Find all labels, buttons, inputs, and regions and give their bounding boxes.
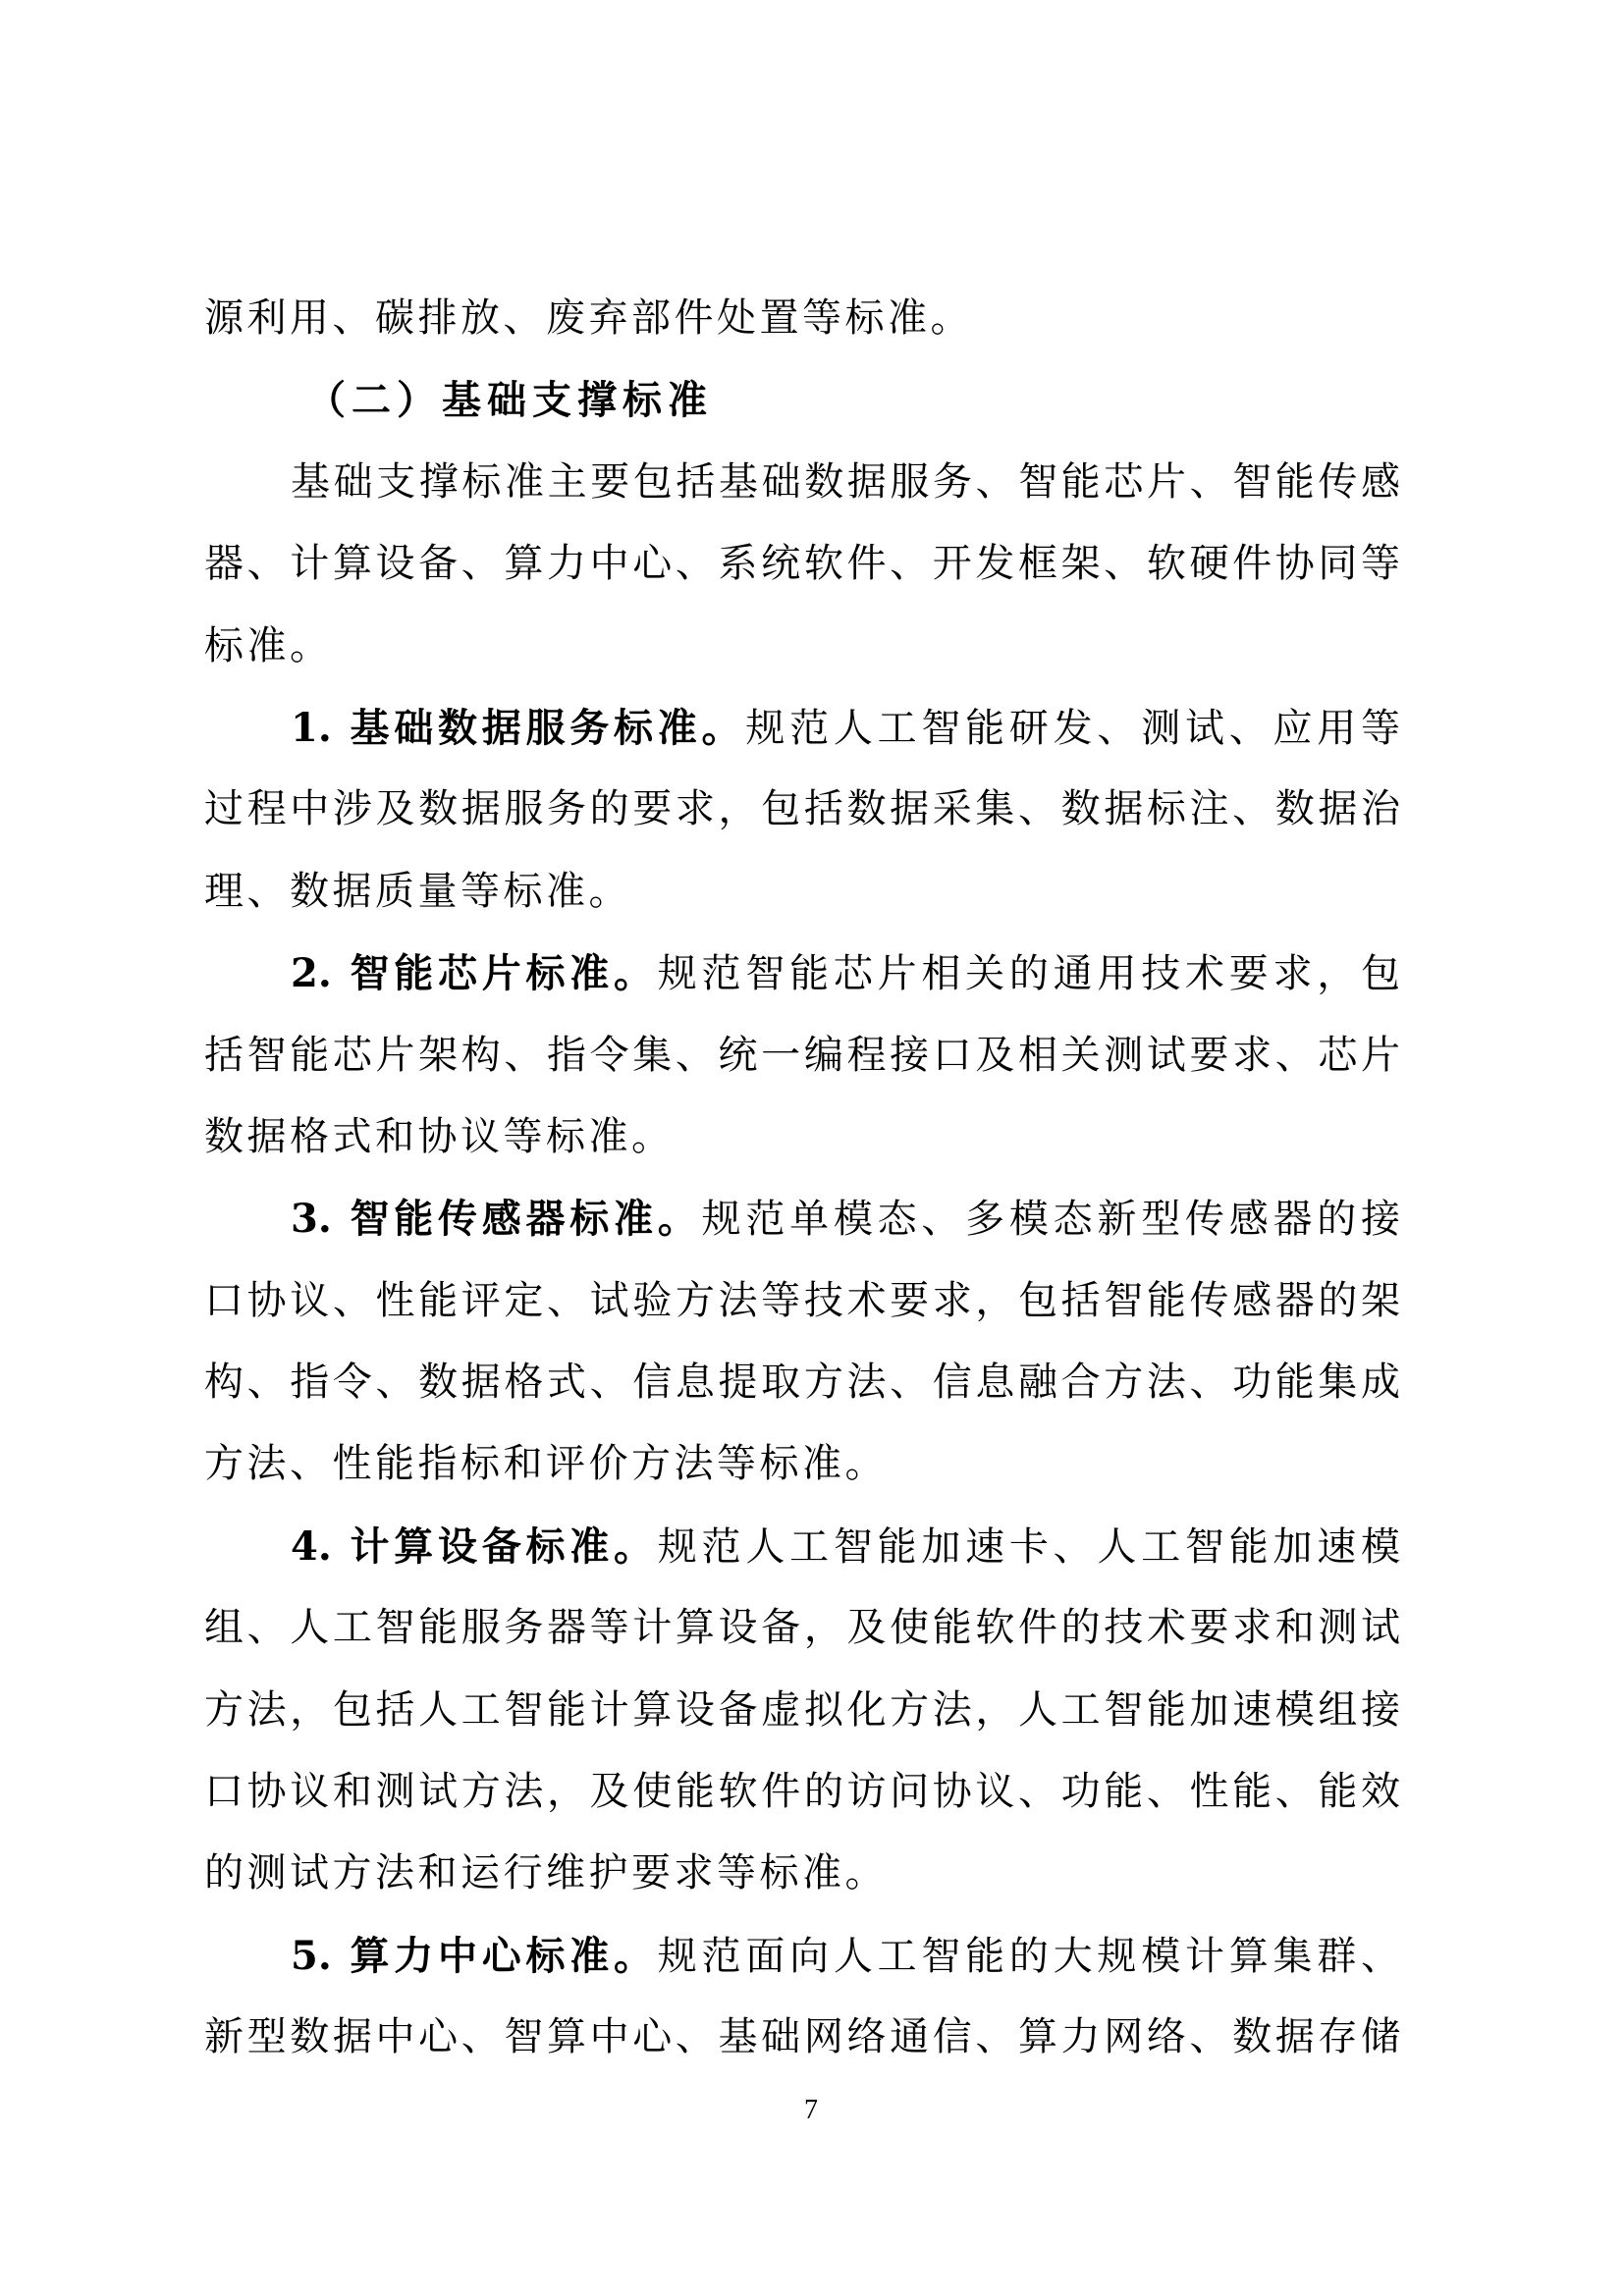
document-page: 源利用、碳排放、废弃部件处置等标准。 （二）基础支撑标准 基础支撑标准主要包括基… xyxy=(0,0,1624,2296)
item-3-line: 口协议、性能评定、试验方法等技术要求，包括智能传感器的架 xyxy=(204,1260,1400,1342)
section-heading: （二）基础支撑标准 xyxy=(204,359,1400,441)
intro-paragraph-line: 器、计算设备、算力中心、系统软件、开发框架、软硬件协同等 xyxy=(204,523,1400,605)
item-4-line: 口协议和测试方法，及使能软件的访问协议、功能、性能、能效 xyxy=(204,1751,1400,1833)
item-1-line: 过程中涉及数据服务的要求，包括数据采集、数据标注、数据治 xyxy=(204,769,1400,850)
intro-paragraph-line: 标准。 xyxy=(204,606,1400,687)
item-3-line: 方法、性能指标和评价方法等标准。 xyxy=(204,1423,1400,1505)
intro-paragraph-line: 基础支撑标准主要包括基础数据服务、智能芯片、智能传感 xyxy=(204,442,1400,523)
item-4-text: 规范人工智能加速卡、人工智能加速模 xyxy=(658,1524,1400,1570)
item-4-line: 的测试方法和运行维护要求等标准。 xyxy=(204,1833,1400,1914)
item-5-text: 规范面向人工智能的大规模计算集群、 xyxy=(658,1934,1400,1979)
page-number: 7 xyxy=(791,2093,831,2128)
item-5-line: 新型数据中心、智算中心、基础网络通信、算力网络、数据存储 xyxy=(204,1997,1400,2078)
item-1-text: 规范人工智能研发、测试、应用等 xyxy=(745,706,1400,751)
body-text: 源利用、碳排放、废弃部件处置等标准。 （二）基础支撑标准 基础支撑标准主要包括基… xyxy=(204,278,1400,2079)
item-3-text: 规范单模态、多模态新型传感器的接 xyxy=(702,1197,1400,1242)
item-3-line: 构、指令、数据格式、信息提取方法、信息融合方法、功能集成 xyxy=(204,1342,1400,1423)
item-2-text: 规范智能芯片相关的通用技术要求，包 xyxy=(658,951,1400,996)
item-5-title: 5. 算力中心标准。 xyxy=(291,1933,658,1979)
item-1-line: 理、数据质量等标准。 xyxy=(204,851,1400,933)
item-3-first-line: 3. 智能传感器标准。规范单模态、多模态新型传感器的接 xyxy=(204,1178,1400,1259)
item-1-first-line: 1. 基础数据服务标准。规范人工智能研发、测试、应用等 xyxy=(204,687,1400,769)
item-2-line: 数据格式和协议等标准。 xyxy=(204,1096,1400,1178)
item-2-first-line: 2. 智能芯片标准。规范智能芯片相关的通用技术要求，包 xyxy=(204,933,1400,1014)
item-4-line: 方法，包括人工智能计算设备虚拟化方法，人工智能加速模组接 xyxy=(204,1670,1400,1751)
item-1-title: 1. 基础数据服务标准。 xyxy=(291,705,745,751)
item-3-title: 3. 智能传感器标准。 xyxy=(291,1196,702,1242)
item-4-title: 4. 计算设备标准。 xyxy=(291,1523,658,1570)
continuation-line: 源利用、碳排放、废弃部件处置等标准。 xyxy=(204,278,1400,359)
item-2-title: 2. 智能芯片标准。 xyxy=(291,950,658,996)
item-5-first-line: 5. 算力中心标准。规范面向人工智能的大规模计算集群、 xyxy=(204,1915,1400,1997)
item-4-line: 组、人工智能服务器等计算设备，及使能软件的技术要求和测试 xyxy=(204,1587,1400,1669)
item-2-line: 括智能芯片架构、指令集、统一编程接口及相关测试要求、芯片 xyxy=(204,1015,1400,1096)
item-4-first-line: 4. 计算设备标准。规范人工智能加速卡、人工智能加速模 xyxy=(204,1506,1400,1587)
